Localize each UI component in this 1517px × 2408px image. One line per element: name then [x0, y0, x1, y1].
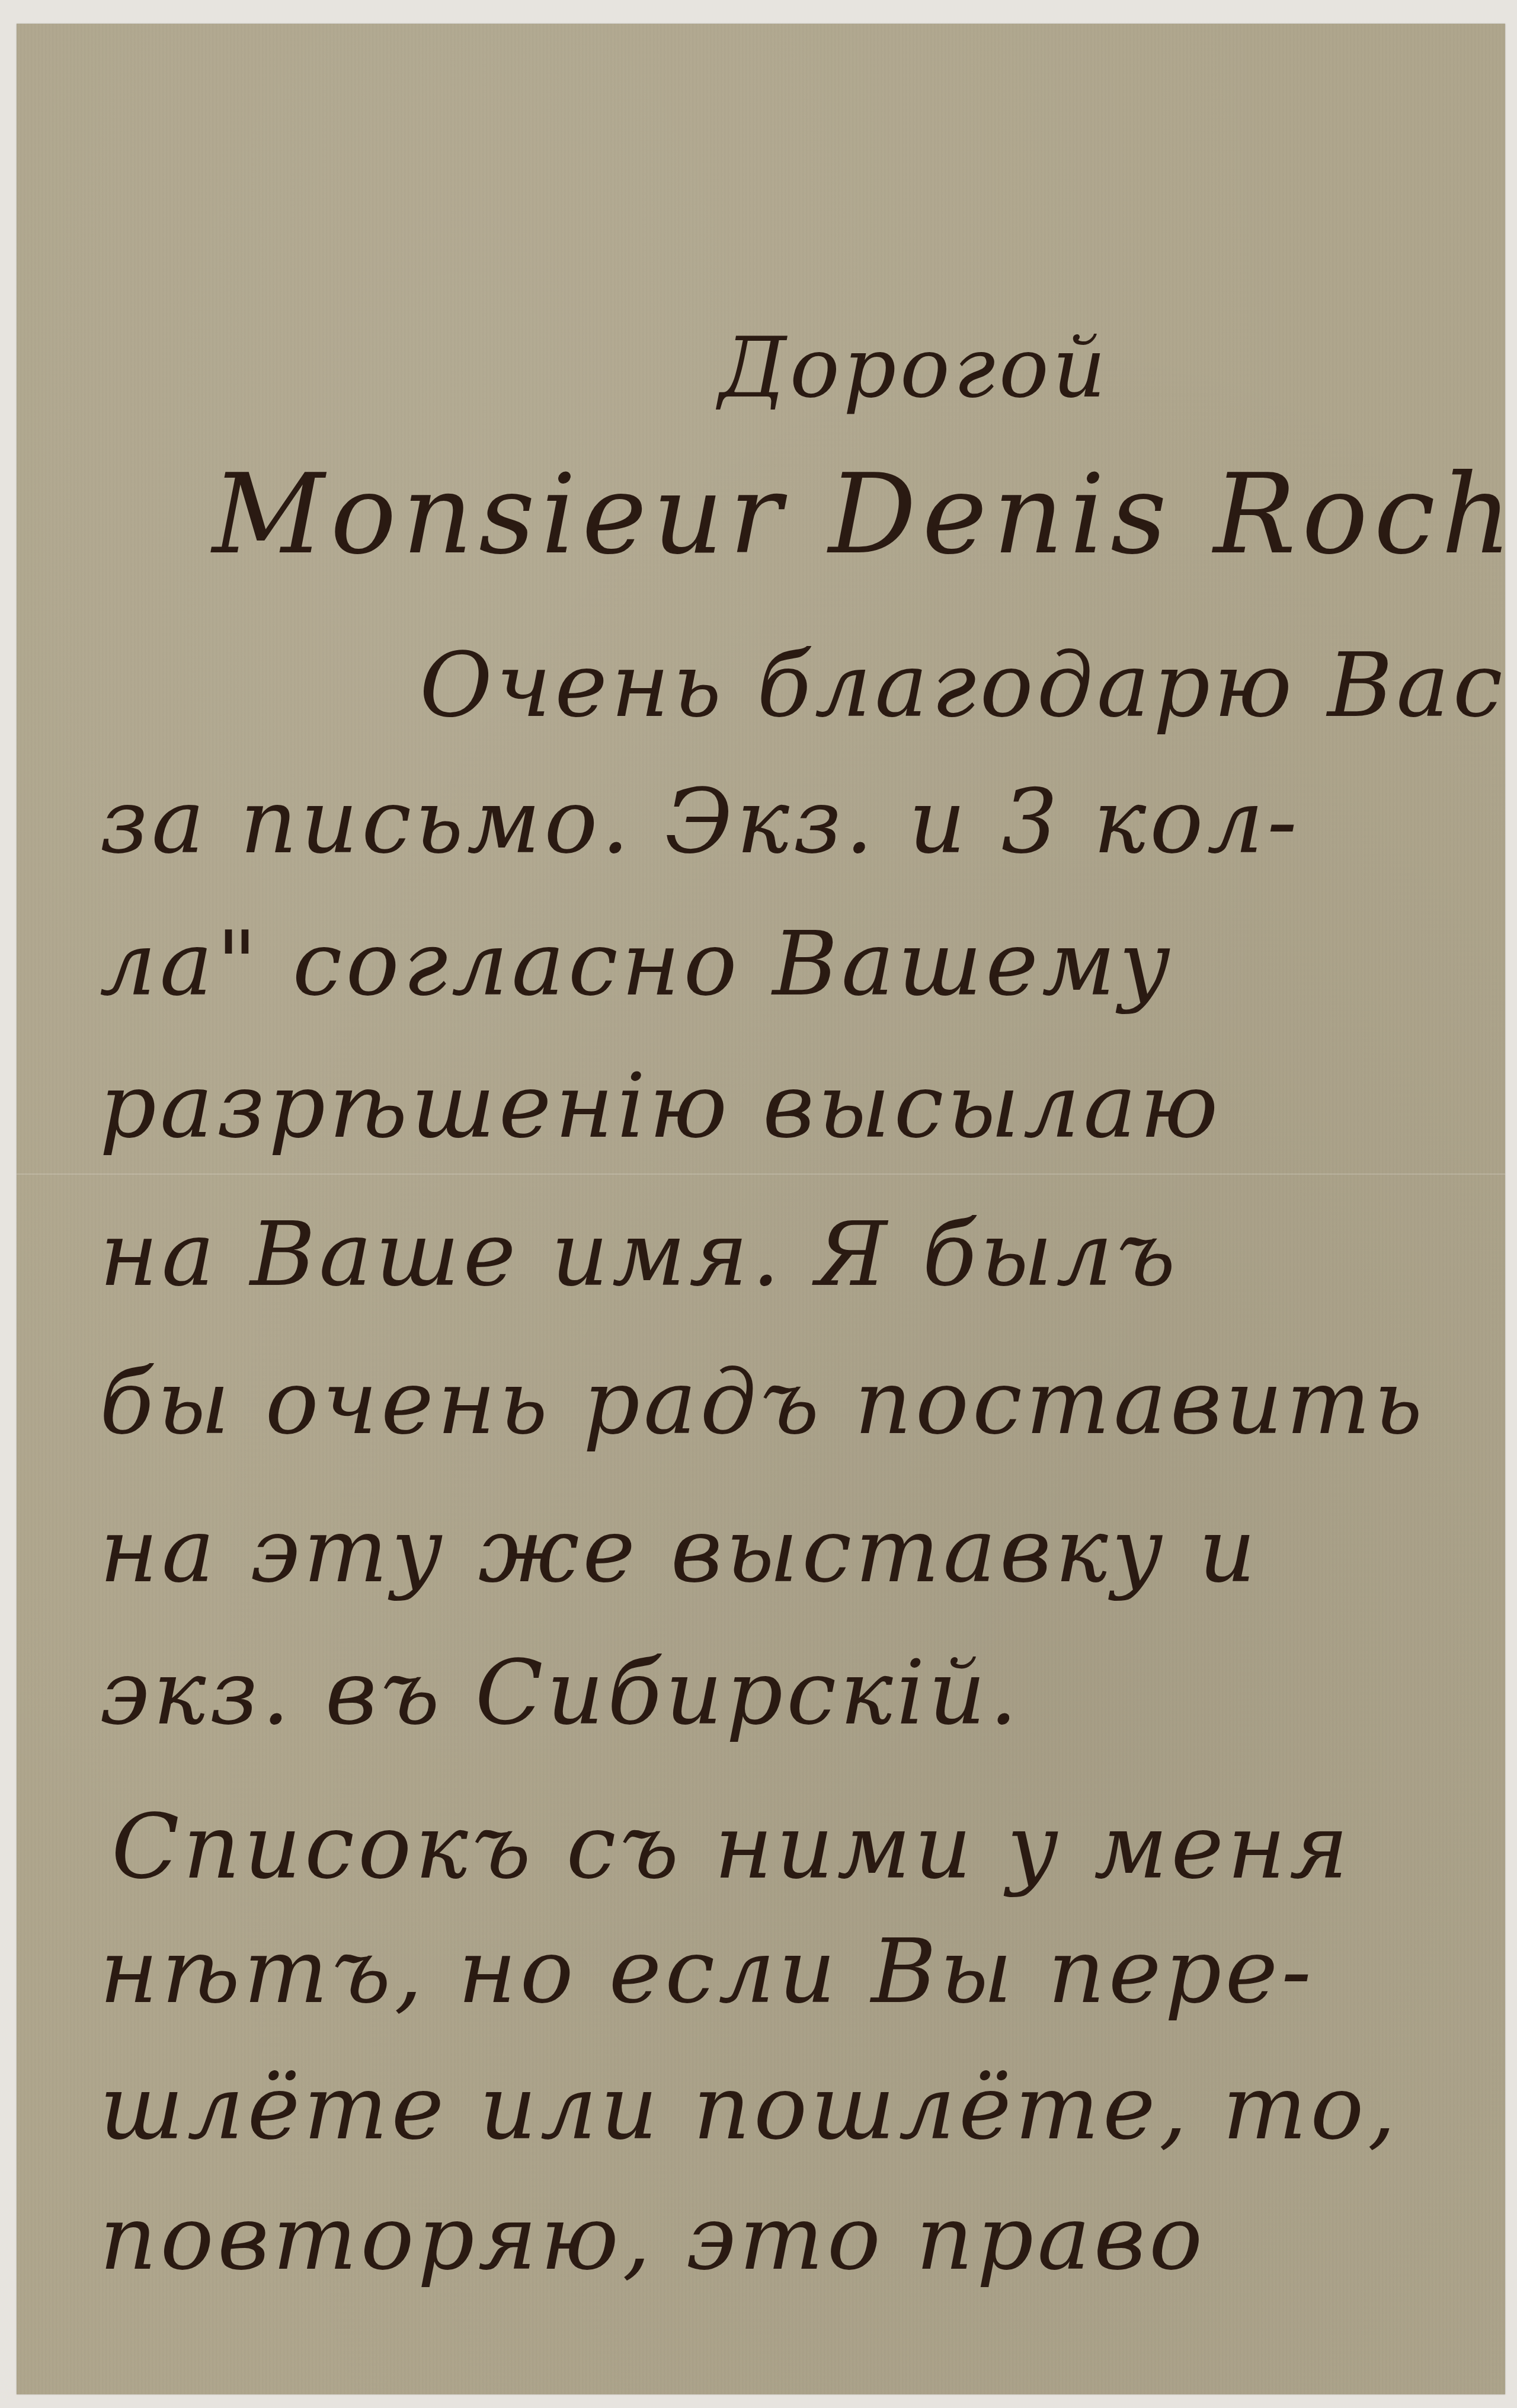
body-line-9: Списокъ съ ними у меня: [111, 1796, 1352, 1899]
body-line-12: повторяю, это право: [100, 2187, 1206, 2290]
letter-page: Дорогой Monsieur Denis Roche Очень благо…: [17, 24, 1505, 2394]
body-line-10: нѣтъ, но если Вы пере-: [100, 1920, 1315, 2023]
body-line-8: экз. въ Сибирскій.: [100, 1642, 1021, 1745]
salutation: Дорогой: [719, 320, 1109, 417]
body-line-3: ла" согласно Вашему: [100, 913, 1174, 1016]
body-line-4: разрѣшенію высылаю: [100, 1055, 1222, 1158]
body-line-2: за письмо. Экз. и 3 кол-: [100, 770, 1301, 874]
body-line-6: бы очень радъ поставить: [100, 1351, 1426, 1454]
paper-fold-line: [17, 1173, 1505, 1175]
body-line-7: на эту же выставку и: [100, 1499, 1259, 1603]
body-line-5: на Ваше имя. Я былъ: [100, 1203, 1179, 1306]
body-line-1: Очень благодарю Вас: [420, 634, 1506, 737]
addressee: Monsieur Denis Roche: [212, 450, 1517, 578]
body-line-11: шлёте или пошлёте, то,: [100, 2057, 1399, 2160]
